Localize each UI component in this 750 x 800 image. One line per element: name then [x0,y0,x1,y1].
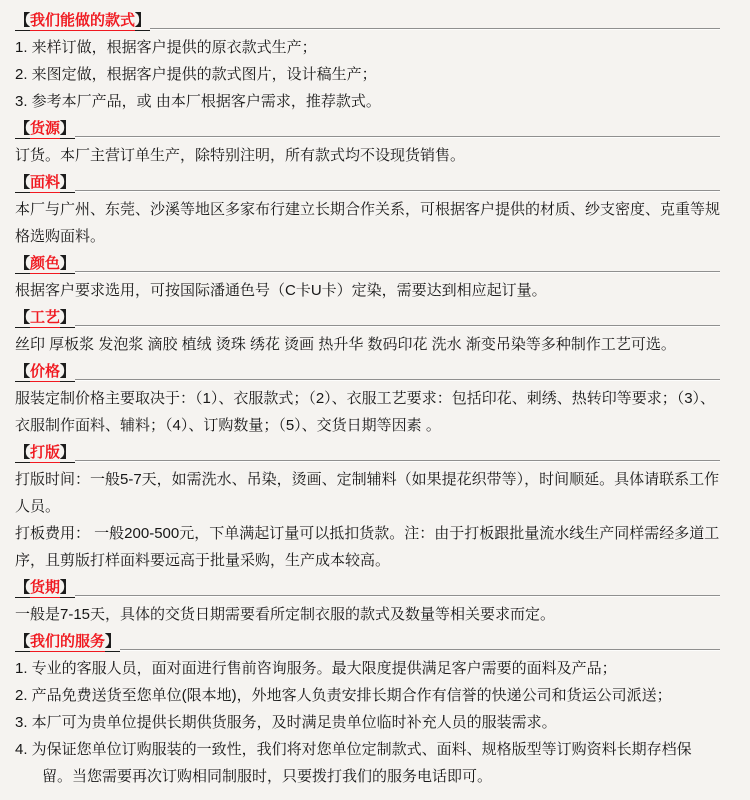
section-title: 【面料】 [15,169,75,196]
list-item: 3. 参考本厂产品，或 由本厂根据客户需求，推荐款式。 [15,88,720,115]
section-paragraph: 打板费用： 一般200-500元，下单满起订量可以抵扣货款。注：由于打板跟批量流… [15,520,720,574]
header-rule [150,7,720,34]
list-item: 2. 来图定做，根据客户提供的款式图片，设计稿生产； [15,61,720,88]
bracket-close: 】 [60,579,75,598]
bracket-open: 【 [15,174,30,193]
section-header: 【价格】 [15,358,720,385]
section-lead-time: 【货期】 一般是7-15天，具体的交货日期需要看所定制衣服的款式及数量等相关要求… [15,574,720,628]
header-rule [75,439,720,466]
bracket-open: 【 [15,12,30,31]
section-supply: 【货源】 订货。本厂主营订单生产，除特别注明，所有款式均不设现货销售。 [15,115,720,169]
section-heading-text: 货期 [30,579,60,598]
list-item: 1. 来样订做，根据客户提供的原衣款式生产； [15,34,720,61]
section-header: 【货源】 [15,115,720,142]
section-styles-we-make: 【我们能做的款式】 1. 来样订做，根据客户提供的原衣款式生产； 2. 来图定做… [15,7,720,115]
section-title: 【我们的服务】 [15,628,120,655]
section-pattern-making: 【打版】 打版时间：一般5-7天，如需洗水、吊染，烫画、定制辅料（如果提花织带等… [15,439,720,574]
bracket-open: 【 [15,444,30,463]
section-title: 【打版】 [15,439,75,466]
section-paragraph: 服装定制价格主要取决于：（1）、衣服款式；（2）、衣服工艺要求：包括印花、刺绣、… [15,385,720,439]
header-rule [75,304,720,331]
list-item: 1. 专业的客服人员，面对面进行售前咨询服务。最大限度提供满足客户需要的面料及产… [15,655,720,682]
section-title: 【颜色】 [15,250,75,277]
section-title: 【我们能做的款式】 [15,7,150,34]
section-heading-text: 价格 [30,363,60,382]
bracket-close: 】 [135,12,150,31]
section-header: 【面料】 [15,169,720,196]
bracket-open: 【 [15,363,30,382]
section-header: 【工艺】 [15,304,720,331]
header-rule [75,169,720,196]
section-price: 【价格】 服装定制价格主要取决于：（1）、衣服款式；（2）、衣服工艺要求：包括印… [15,358,720,439]
section-title: 【货期】 [15,574,75,601]
section-fabric: 【面料】 本厂与广州、东莞、沙溪等地区多家布行建立长期合作关系，可根据客户提供的… [15,169,720,250]
product-description-document: 【我们能做的款式】 1. 来样订做，根据客户提供的原衣款式生产； 2. 来图定做… [0,0,750,790]
header-rule [75,358,720,385]
section-heading-text: 货源 [30,120,60,139]
bracket-close: 】 [60,174,75,193]
section-heading-text: 工艺 [30,309,60,328]
section-title: 【货源】 [15,115,75,142]
section-heading-text: 我们的服务 [30,633,105,652]
section-paragraph: 根据客户要求选用，可按国际潘通色号（C卡U卡）定染，需要达到相应起订量。 [15,277,720,304]
header-rule [120,628,720,655]
bracket-close: 】 [105,633,120,652]
section-paragraph: 打版时间：一般5-7天，如需洗水、吊染，烫画、定制辅料（如果提花织带等），时间顺… [15,466,720,520]
bracket-open: 【 [15,255,30,274]
bracket-close: 】 [60,444,75,463]
section-title: 【工艺】 [15,304,75,331]
section-header: 【颜色】 [15,250,720,277]
bracket-close: 】 [60,120,75,139]
list-item: 3. 本厂可为贵单位提供长期供货服务，及时满足贵单位临时补充人员的服装需求。 [15,709,720,736]
bracket-open: 【 [15,120,30,139]
section-craft: 【工艺】 丝印 厚板浆 发泡浆 滴胶 植绒 烫珠 绣花 烫画 热升华 数码印花 … [15,304,720,358]
section-our-services: 【我们的服务】 1. 专业的客服人员，面对面进行售前咨询服务。最大限度提供满足客… [15,628,720,790]
section-header: 【我们能做的款式】 [15,7,720,34]
list-item: 2. 产品免费送货至您单位(限本地)，外地客人负责安排长期合作有信誉的快递公司和… [15,682,720,709]
section-heading-text: 我们能做的款式 [30,12,135,31]
header-rule [75,250,720,277]
header-rule [75,574,720,601]
section-paragraph: 丝印 厚板浆 发泡浆 滴胶 植绒 烫珠 绣花 烫画 热升华 数码印花 洗水 渐变… [15,331,720,358]
section-header: 【货期】 [15,574,720,601]
bracket-close: 】 [60,363,75,382]
bracket-open: 【 [15,633,30,652]
bracket-close: 】 [60,309,75,328]
section-paragraph: 订货。本厂主营订单生产，除特别注明，所有款式均不设现货销售。 [15,142,720,169]
section-title: 【价格】 [15,358,75,385]
section-heading-text: 面料 [30,174,60,193]
header-rule [75,115,720,142]
list-item: 4. 为保证您单位订购服装的一致性，我们将对您单位定制款式、面料、规格版型等订购… [15,736,720,790]
bracket-open: 【 [15,309,30,328]
section-heading-text: 颜色 [30,255,60,274]
section-header: 【我们的服务】 [15,628,720,655]
section-paragraph: 一般是7-15天，具体的交货日期需要看所定制衣服的款式及数量等相关要求而定。 [15,601,720,628]
section-header: 【打版】 [15,439,720,466]
section-heading-text: 打版 [30,444,60,463]
bracket-open: 【 [15,579,30,598]
section-color: 【颜色】 根据客户要求选用，可按国际潘通色号（C卡U卡）定染，需要达到相应起订量… [15,250,720,304]
bracket-close: 】 [60,255,75,274]
section-paragraph: 本厂与广州、东莞、沙溪等地区多家布行建立长期合作关系，可根据客户提供的材质、纱支… [15,196,720,250]
